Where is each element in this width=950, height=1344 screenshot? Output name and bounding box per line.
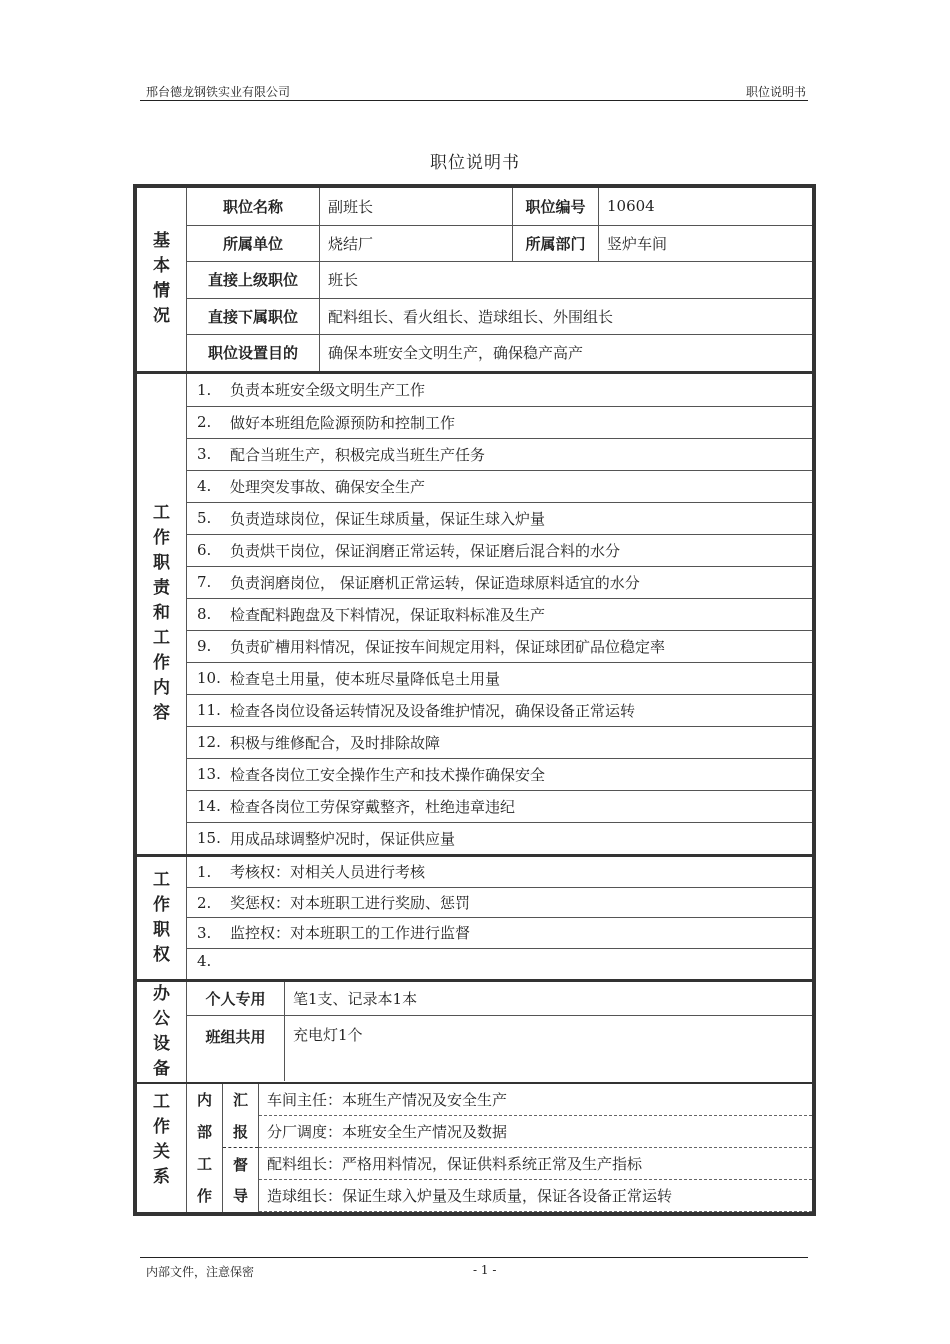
section-basic-info: 基本情况 职位名称 副班长 职位编号 10604 所属单位 烧结厂 所属部门 竖… xyxy=(137,188,812,371)
authority-item: 4. xyxy=(187,948,812,979)
value-superior: 班长 xyxy=(320,262,366,298)
duty-item: 11.检查各岗位设备运转情况及设备维护情况，确保设备正常运转 xyxy=(187,694,812,726)
label-position-code: 职位编号 xyxy=(513,188,599,225)
page-number: - 1 - xyxy=(473,1263,496,1277)
duty-item: 10.检查皂土用量，使本班尽量降低皂土用量 xyxy=(187,662,812,694)
value-dept: 竖炉车间 xyxy=(599,226,675,262)
label-supervise: 督导 xyxy=(223,1147,258,1212)
duty-item: 6.负责烘干岗位，保证润磨正常运转，保证磨后混合料的水分 xyxy=(187,534,812,566)
document-title: 职位说明书 xyxy=(0,148,950,173)
authority-item: 2.奖惩权：对本班职工进行奖励、惩罚 xyxy=(187,887,812,917)
duty-item: 2.做好本班组危险源预防和控制工作 xyxy=(187,406,812,438)
row-purpose: 职位设置目的 确保本班安全文明生产，确保稳产高产 xyxy=(187,334,812,371)
value-subordinates: 配料组长、看火组长、造球组长、外围组长 xyxy=(320,299,621,335)
row-superior: 直接上级职位 班长 xyxy=(187,261,812,298)
duty-item: 9.负责矿槽用料情况，保证按车间规定用料，保证球团矿品位稳定率 xyxy=(187,630,812,662)
label-subordinates: 直接下属职位 xyxy=(187,299,320,335)
company-name: 邢台德龙钢铁实业有限公司 xyxy=(146,83,290,100)
section-equipment: 办公设备 个人专用 笔1支、记录本1本 班组共用 充电灯1个 xyxy=(137,979,812,1082)
value-purpose: 确保本班安全文明生产，确保稳产高产 xyxy=(320,335,591,371)
duty-item: 4.处理突发事故、确保安全生产 xyxy=(187,470,812,502)
row-shared-equipment: 班组共用 充电灯1个 xyxy=(187,1015,812,1081)
authority-item: 1.考核权：对相关人员进行考核 xyxy=(187,857,812,887)
value-position-code: 10604 xyxy=(599,188,663,225)
header-doc-type: 职位说明书 xyxy=(746,83,806,100)
duty-item: 5.负责造球岗位，保证生球质量，保证生球入炉量 xyxy=(187,502,812,534)
row-subordinates: 直接下属职位 配料组长、看火组长、造球组长、外围组长 xyxy=(187,298,812,335)
section-label-equipment: 办公设备 xyxy=(137,982,187,1082)
value-shared-equipment: 充电灯1个 xyxy=(285,1016,371,1081)
section-label-relations: 工作关系 xyxy=(137,1084,187,1212)
label-purpose: 职位设置目的 xyxy=(187,335,320,371)
duty-item: 14.检查各岗位工劳保穿戴整齐，杜绝违章违纪 xyxy=(187,790,812,822)
label-shared-equipment: 班组共用 xyxy=(187,1016,285,1081)
duty-item: 12.积极与维修配合，及时排除故障 xyxy=(187,726,812,758)
value-personal-equipment: 笔1支、记录本1本 xyxy=(285,982,425,1015)
authority-item: 3.监控权：对本班职工的工作进行监督 xyxy=(187,917,812,947)
page-header: 邢台德龙钢铁实业有限公司 职位说明书 xyxy=(140,80,808,101)
duty-item: 1.负责本班安全级文明生产工作 xyxy=(187,374,812,406)
label-internal-work: 内部工作 xyxy=(187,1084,223,1212)
section-label-authority: 工作职权 xyxy=(137,857,187,979)
duty-item: 13.检查各岗位工安全操作生产和技术操作确保安全 xyxy=(187,758,812,790)
label-unit: 所属单位 xyxy=(187,226,320,262)
row-personal-equipment: 个人专用 笔1支、记录本1本 xyxy=(187,982,812,1015)
page-footer: 内部文件，注意保密 - 1 - xyxy=(140,1257,808,1258)
duty-item: 8.检查配料跑盘及下料情况，保证取料标准及生产 xyxy=(187,598,812,630)
report-item: 车间主任：本班生产情况及安全生产 xyxy=(259,1084,812,1116)
value-position-name: 副班长 xyxy=(320,188,513,225)
section-label-duties: 工作职责和工作内容 xyxy=(137,374,187,854)
section-duties: 工作职责和工作内容 1.负责本班安全级文明生产工作 2.做好本班组危险源预防和控… xyxy=(137,371,812,854)
row-position-name: 职位名称 副班长 职位编号 10604 xyxy=(187,188,812,225)
label-dept: 所属部门 xyxy=(513,226,599,262)
report-item: 分厂调度：本班安全生产情况及数据 xyxy=(259,1116,812,1148)
section-relations: 工作关系 内部工作 汇报 督导 车间主任：本班生产情况及安全生产 分厂调度：本班… xyxy=(137,1082,812,1212)
job-description-table: 基本情况 职位名称 副班长 职位编号 10604 所属单位 烧结厂 所属部门 竖… xyxy=(133,184,816,1216)
label-report: 汇报 xyxy=(223,1084,258,1148)
label-superior: 直接上级职位 xyxy=(187,262,320,298)
supervise-item: 造球组长：保证生球入炉量及生球质量，保证各设备正常运转 xyxy=(259,1180,812,1212)
confidential-notice: 内部文件，注意保密 xyxy=(146,1263,254,1280)
value-unit: 烧结厂 xyxy=(320,226,513,262)
label-personal-equipment: 个人专用 xyxy=(187,982,285,1015)
section-label-basic: 基本情况 xyxy=(137,188,187,371)
duty-item: 3.配合当班生产，积极完成当班生产任务 xyxy=(187,438,812,470)
section-authority: 工作职权 1.考核权：对相关人员进行考核 2.奖惩权：对本班职工进行奖励、惩罚 … xyxy=(137,854,812,979)
duty-item: 7.负责润磨岗位， 保证磨机正常运转，保证造球原料适宜的水分 xyxy=(187,566,812,598)
duty-item: 15.用成品球调整炉况时，保证供应量 xyxy=(187,822,812,854)
row-unit: 所属单位 烧结厂 所属部门 竖炉车间 xyxy=(187,225,812,262)
supervise-item: 配料组长：严格用料情况，保证供料系统正常及生产指标 xyxy=(259,1148,812,1180)
label-position-name: 职位名称 xyxy=(187,188,320,225)
